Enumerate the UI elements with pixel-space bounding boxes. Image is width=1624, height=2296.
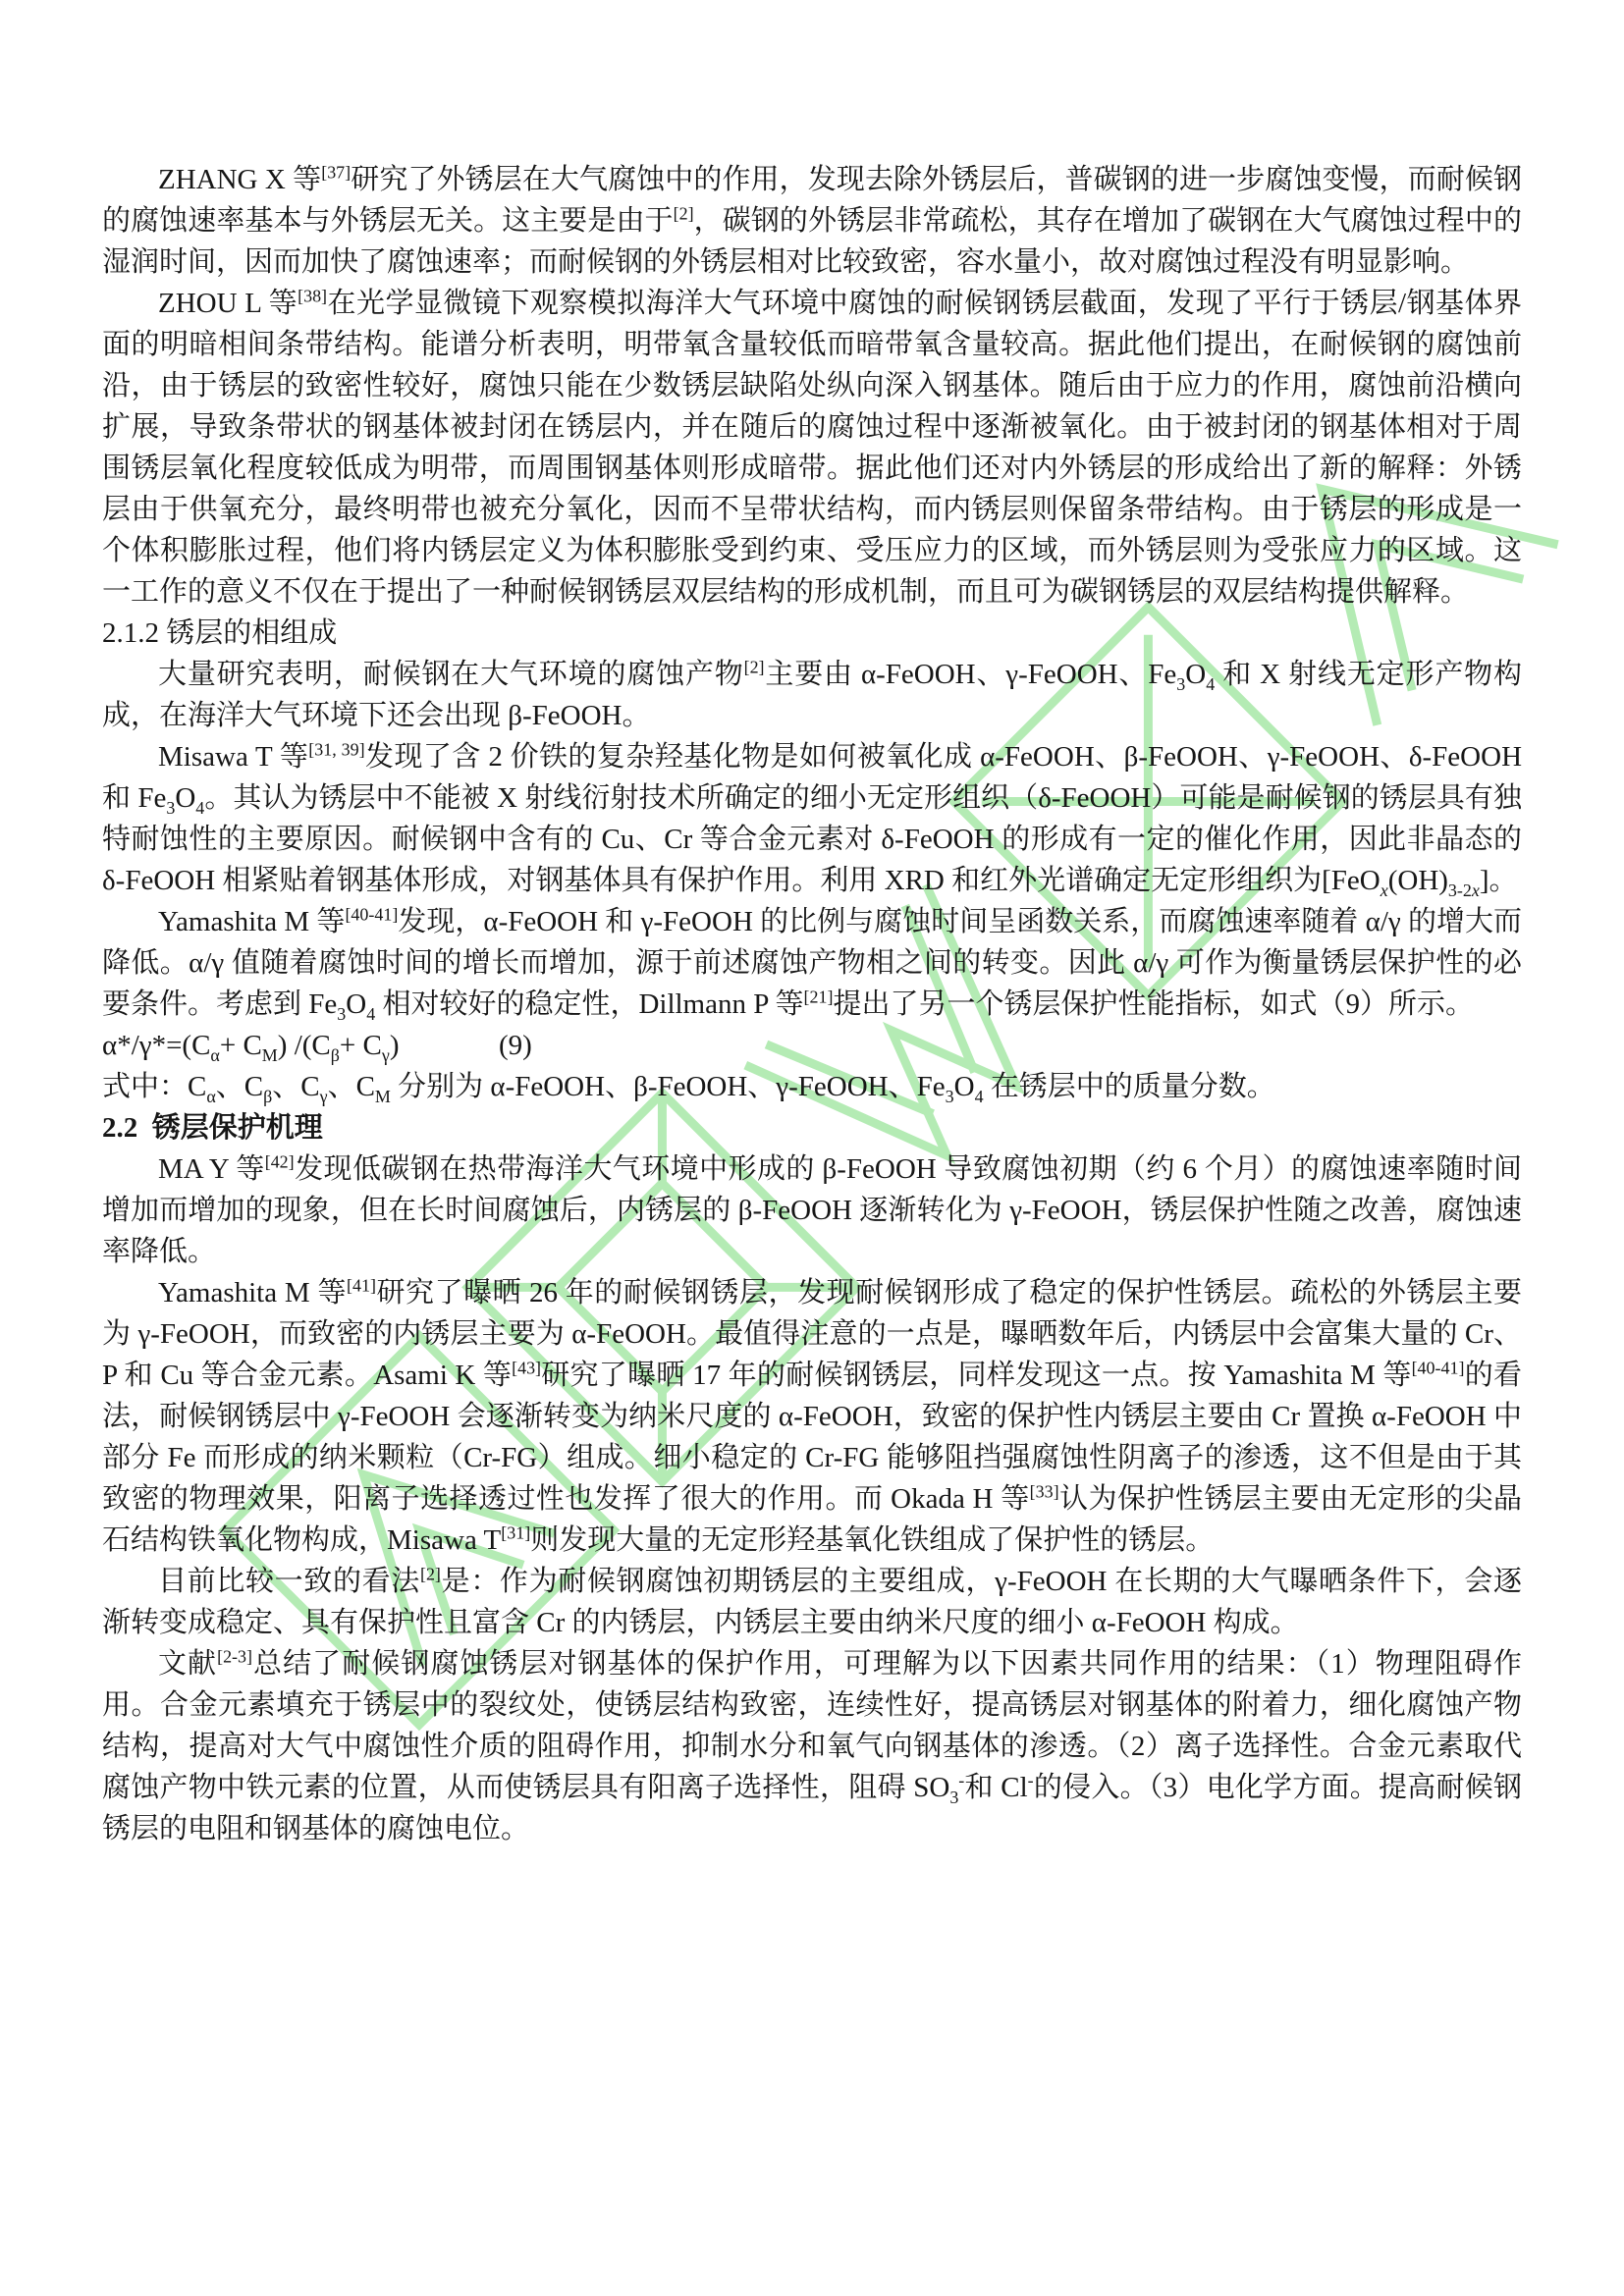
section-heading-2-2: 2.2 锈层保护机理 [102,1107,1522,1148]
document-page: ZHANG X 等[37]研究了外锈层在大气腐蚀中的作用，发现去除外锈层后，普碳… [0,0,1624,2296]
paragraph-literature-summary: 文献[2-3]总结了耐候钢腐蚀锈层对钢基体的保护作用，可理解为以下因素共同作用的… [102,1643,1522,1849]
paragraph-yamashita-26y: Yamashita M 等[41]研究了曝晒 26 年的耐候钢锈层，发现耐候钢形… [102,1272,1522,1561]
section-heading-2-1-2: 2.1.2 锈层的相组成 [102,613,1522,654]
paragraph-phase-composition: 大量研究表明，耐候钢在大气环境的腐蚀产物[2]主要由 α-FeOOH、γ-FeO… [102,654,1522,736]
paragraph-misawa-t: Misawa T 等[31, 39]发现了含 2 价铁的复杂羟基化物是如何被氧化… [102,736,1522,901]
paragraph-zhou-l: ZHOU L 等[38]在光学显微镜下观察模拟海洋大气环境中腐蚀的耐候钢锈层截面… [102,283,1522,613]
document-body: ZHANG X 等[37]研究了外锈层在大气腐蚀中的作用，发现去除外锈层后，普碳… [102,159,1522,1849]
formula-equation-9: α*/γ*=(Cα+ CM) /(Cβ+ Cγ) (9) [102,1025,1522,1066]
paragraph-formula-legend: 式中：Cα、Cβ、Cγ、CM 分别为 α-FeOOH、β-FeOOH、γ-FeO… [102,1066,1522,1107]
paragraph-yamashita-ratio: Yamashita M 等[40-41]发现，α-FeOOH 和 γ-FeOOH… [102,901,1522,1025]
paragraph-consensus: 目前比较一致的看法[2]是：作为耐候钢腐蚀初期锈层的主要组成，γ-FeOOH 在… [102,1561,1522,1643]
paragraph-ma-y: MA Y 等[42]发现低碳钢在热带海洋大气环境中形成的 β-FeOOH 导致腐… [102,1148,1522,1272]
paragraph-zhang-x: ZHANG X 等[37]研究了外锈层在大气腐蚀中的作用，发现去除外锈层后，普碳… [102,159,1522,283]
